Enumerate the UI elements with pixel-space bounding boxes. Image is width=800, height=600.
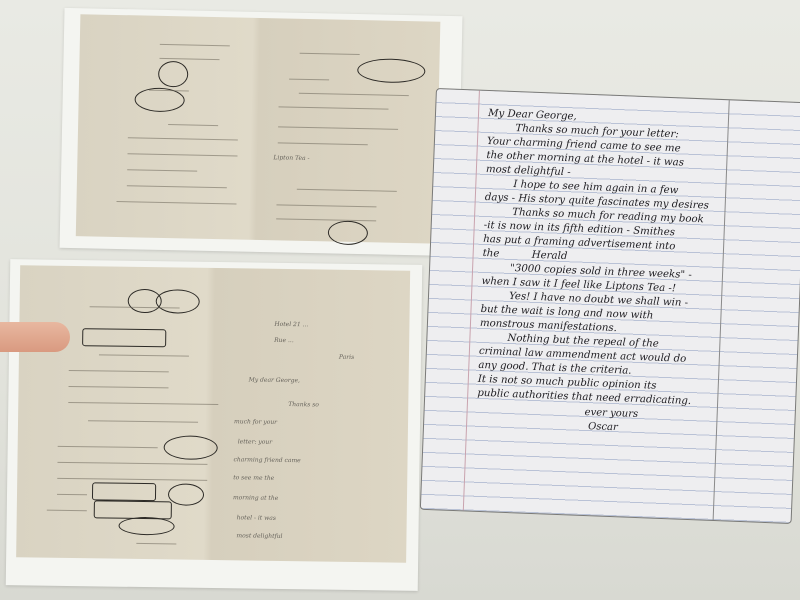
- letterhead-street: Rue ...: [274, 337, 294, 344]
- transcription-text: My Dear George, Thanks so much for your …: [477, 107, 738, 410]
- handwriting-fragment: Thanks so: [288, 401, 319, 408]
- annotation-circle: [164, 435, 218, 460]
- annotation-circle: [156, 289, 200, 314]
- notebook-page: My Dear George, Thanks so much for your …: [420, 88, 800, 524]
- handwriting-fragment: to see me the: [233, 474, 274, 482]
- pointing-finger: [0, 322, 70, 352]
- annotation-circle: [118, 517, 174, 536]
- annotation-circle: [158, 61, 189, 88]
- annotation-box: [92, 482, 156, 501]
- handwriting-fragment: Lipton Tea -: [273, 154, 309, 162]
- transcription-signature: Oscar: [588, 421, 618, 433]
- letter-photocopy-top: Lipton Tea -: [76, 14, 441, 243]
- letter-salutation: My dear George,: [249, 376, 300, 384]
- handwriting-fragment: much for your: [234, 418, 277, 426]
- handwriting-fragment: morning at the: [233, 494, 278, 502]
- annotation-circle: [328, 220, 368, 245]
- letter-photocopy-bottom: Hotel 21 ... Rue ... Paris My dear Georg…: [16, 265, 410, 562]
- annotation-circle: [168, 483, 204, 506]
- handwriting-fragment: letter: your: [238, 438, 272, 445]
- margin-line-left: [463, 91, 480, 511]
- letterhead-address: Hotel 21 ...: [274, 321, 308, 328]
- photocopy-sheet-top: Lipton Tea -: [60, 8, 463, 256]
- handwriting-fragment: charming friend came: [233, 456, 300, 464]
- photocopy-sheet-bottom: Hotel 21 ... Rue ... Paris My dear Georg…: [6, 259, 423, 591]
- handwriting-fragment: most delightful: [236, 532, 282, 540]
- annotation-circle: [357, 58, 425, 83]
- annotation-box: [82, 328, 166, 347]
- annotation-box: [94, 500, 172, 519]
- transcription-closing: ever yours: [584, 407, 638, 420]
- handwriting-fragment: hotel - it was: [237, 514, 276, 522]
- letterhead-city: Paris: [339, 354, 354, 361]
